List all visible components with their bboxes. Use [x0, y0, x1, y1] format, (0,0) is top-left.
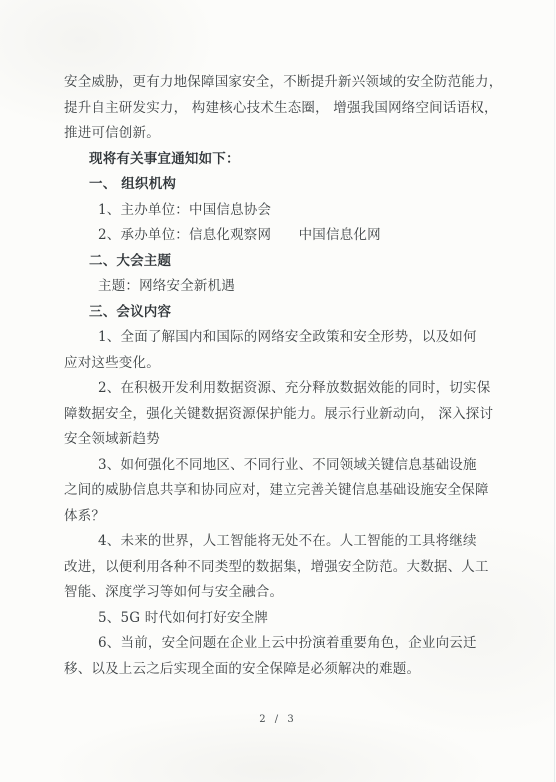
document-body: 安全威胁，更有力地保障国家安全，不断提升新兴领域的安全防范能力，提升自主研发实力… — [64, 70, 504, 682]
text-line: 改进，以便利用各种不同类型的数据集，增强安全防范。大数据、人工 — [64, 555, 504, 581]
text-line: 6、当前，安全问题在企业上云中扮演着重要角色，企业向云迁 — [64, 631, 504, 657]
text-line: 4、未来的世界，人工智能将无处不在。人工智能的工具将继续 — [64, 529, 504, 555]
text-line: 应对这些变化。 — [64, 351, 504, 377]
text-line: 3、如何强化不同地区、不同行业、不同领域关键信息基础设施 — [64, 453, 504, 479]
text-line: 1、主办单位：中国信息协会 — [64, 198, 504, 224]
heading-line: 二、大会主题 — [64, 249, 504, 275]
text-line: 推进可信创新。 — [64, 121, 504, 147]
text-line: 安全威胁，更有力地保障国家安全，不断提升新兴领域的安全防范能力， — [64, 70, 504, 96]
text-line: 体系？ — [64, 504, 504, 530]
text-line: 智能、深度学习等如何与安全融合。 — [64, 580, 504, 606]
text-line: 1、全面了解国内和国际的网络安全政策和安全形势，以及如何 — [64, 325, 504, 351]
text-line: 主题：网络安全新机遇 — [64, 274, 504, 300]
heading-line: 三、会议内容 — [64, 300, 504, 326]
heading-line: 一、 组织机构 — [64, 172, 504, 198]
text-line: 2、承办单位：信息化观察网 中国信息化网 — [64, 223, 504, 249]
scanned-document-page: 安全威胁，更有力地保障国家安全，不断提升新兴领域的安全防范能力，提升自主研发实力… — [0, 0, 556, 782]
text-line: 2、在积极开发利用数据资源、充分释放数据效能的同时，切实保 — [64, 376, 504, 402]
text-line: 提升自主研发实力， 构建核心技术生态圈， 增强我国网络空间话语权， — [64, 96, 504, 122]
text-line: 之间的威胁信息共享和协同应对，建立完善关键信息基础设施安全保障 — [64, 478, 504, 504]
page-number: 2 / 3 — [0, 714, 556, 725]
text-line: 障数据安全，强化关键数据资源保护能力。展示行业新动向， 深入探讨 — [64, 402, 504, 428]
heading-line: 现将有关事宜通知如下： — [64, 147, 504, 173]
text-line: 安全领域新趋势 — [64, 427, 504, 453]
text-line: 5、5G 时代如何打好安全牌 — [64, 606, 504, 632]
text-line: 移、以及上云之后实现全面的安全保障是必须解决的难题。 — [64, 657, 504, 683]
